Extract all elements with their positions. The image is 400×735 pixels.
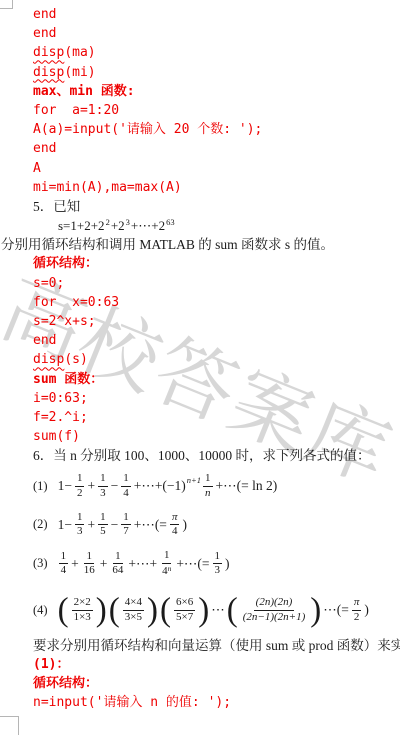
formula-text: +⋯+	[127, 556, 158, 572]
formula-expression-2: 1−13+15−17+⋯(=π4)	[57, 511, 188, 538]
problem5-description: 分别用循环结构和调用 MATLAB 的 sum 函数求 s 的值。	[1, 235, 400, 254]
formula-fraction: 17	[121, 511, 131, 538]
code-line: for x=0:63	[33, 293, 400, 312]
fraction-denominator: 16	[82, 564, 97, 577]
problem5-heading: 5．已知	[33, 197, 400, 216]
formula-text: ⋯(=	[322, 602, 350, 618]
formula-row-2: (2) 1−13+15−17+⋯(=π4)	[33, 507, 400, 543]
fraction-numerator: 1	[162, 549, 172, 563]
formula-text: +	[86, 478, 96, 494]
formula-fraction: 13	[98, 472, 108, 499]
code-label-line: 循环结构：	[33, 674, 400, 693]
formula-fraction: 12	[75, 472, 85, 499]
code-line: end	[33, 5, 400, 24]
problem5-series-formula: s=1+2+22+23+⋯+263	[57, 216, 400, 235]
code-line: disp(ma)	[33, 43, 400, 62]
code-label-line: max、min 函数:	[33, 82, 400, 101]
wavy-underlined-word: disp	[33, 45, 64, 60]
formula-fraction: 14n	[160, 549, 173, 577]
problem6-outro: 要求分别用循环结构和向量运算（使用 sum 或 prod 函数）来实现。	[33, 636, 400, 655]
fraction-numerator: 1	[121, 472, 131, 486]
formula-item-number: (1)	[33, 479, 48, 494]
document-page: 高校答案库 endenddisp(ma)disp(mi)max、min 函数:f…	[0, 0, 400, 735]
formula-fraction: 1n	[203, 472, 213, 499]
formula-text: +	[99, 556, 109, 572]
formula-row-3: (3) 14+116+164+⋯+14n+⋯(=13)	[33, 543, 400, 585]
code-line: mi=min(A),ma=max(A)	[33, 178, 400, 197]
fraction-numerator: π	[170, 511, 180, 525]
formula-text: ⋯	[210, 602, 226, 618]
code-line: end	[33, 139, 400, 158]
formula-expression-3: 14+116+164+⋯+14n+⋯(=13)	[57, 549, 231, 577]
big-paren: )	[197, 593, 210, 627]
formula-fraction: 13	[213, 550, 223, 577]
anchor-box-top	[0, 0, 13, 9]
fraction-denominator: 4	[170, 525, 180, 538]
formula-text: +2	[110, 218, 126, 234]
anchor-box-bottom	[0, 716, 19, 735]
fraction-denominator: 5×7	[174, 611, 195, 624]
code-line: s=2^x+s;	[33, 312, 400, 331]
fraction-numerator: 2×2	[72, 596, 93, 610]
fraction-denominator: (2n−1)(2n+1)	[241, 611, 308, 624]
formula-fraction: (2n)(2n)(2n−1)(2n+1)	[241, 596, 308, 623]
formula-fraction: 2×21×3	[72, 596, 93, 623]
code-block-max-min: endenddisp(ma)disp(mi)max、min 函数:for a=1…	[33, 5, 400, 197]
code-line: sum(f)	[33, 427, 400, 446]
formula-superscript: 63	[166, 217, 175, 227]
formula-text: s=1+2+2	[57, 218, 106, 234]
code-block-answer-1: (1)：循环结构：n=input('请输入 n 的值: ');	[33, 655, 400, 713]
big-paren: )	[146, 593, 159, 627]
formula-text: )	[181, 517, 188, 533]
denominator-superscript: n	[168, 564, 172, 573]
formula-item-number: (3)	[33, 556, 48, 571]
code-line: A	[33, 159, 400, 178]
fraction-numerator: 1	[75, 511, 85, 525]
formula-text: )	[363, 602, 370, 618]
big-paren: (	[159, 593, 172, 627]
code-line: A(a)=input('请输入 20 个数: ');	[33, 120, 400, 139]
formula-fraction: π2	[352, 596, 362, 623]
fraction-numerator: 1	[84, 550, 94, 564]
big-paren: (	[108, 593, 121, 627]
code-label-line: sum 函数：	[33, 370, 400, 389]
code-line: n=input('请输入 n 的值: ');	[33, 693, 400, 712]
fraction-denominator: 3	[75, 525, 85, 538]
code-line: i=0:63;	[33, 389, 400, 408]
code-label-line: 循环结构：	[33, 254, 400, 273]
formula-row-4: (4) (2×21×3)(4×43×5)(6×65×7)⋯((2n)(2n)(2…	[33, 585, 400, 636]
fraction-denominator: 64	[110, 564, 125, 577]
code-label-line: (1)：	[33, 655, 400, 674]
fraction-numerator: 1	[98, 472, 108, 486]
fraction-numerator: 1	[98, 511, 108, 525]
code-line: f=2.^i;	[33, 408, 400, 427]
fraction-numerator: 4×4	[123, 596, 144, 610]
formula-fraction: 164	[110, 550, 125, 577]
fraction-numerator: 1	[75, 472, 85, 486]
big-paren: )	[309, 593, 322, 627]
formula-fraction: 4×43×5	[123, 596, 144, 623]
fraction-denominator: 2	[352, 611, 362, 624]
wavy-underlined-word: disp	[33, 65, 64, 80]
formula-text: −	[110, 517, 120, 533]
formula-text: )	[224, 556, 231, 572]
formula-fraction: π4	[170, 511, 180, 538]
code-line: s=0;	[33, 274, 400, 293]
formula-fraction: 14	[121, 472, 131, 499]
fraction-denominator: 4	[59, 564, 69, 577]
fraction-denominator: 7	[121, 525, 131, 538]
formula-text: 1−	[57, 517, 73, 533]
fraction-numerator: (2n)(2n)	[254, 596, 295, 610]
code-line: disp(s)	[33, 350, 400, 369]
big-paren: (	[226, 593, 239, 627]
formula-text: −	[110, 478, 120, 494]
formula-text: 1−	[57, 478, 73, 494]
formula-fraction: 116	[82, 550, 97, 577]
big-paren: (	[57, 593, 70, 627]
formula-expression-1: 1−12+13−14+⋯+(−1)n+11n+⋯(= ln 2)	[57, 472, 279, 499]
fraction-denominator: 2	[75, 487, 85, 500]
formula-item-number: (2)	[33, 517, 48, 532]
formula-text: +⋯(=	[175, 556, 210, 572]
fraction-denominator: 4	[121, 487, 131, 500]
code-line: end	[33, 24, 400, 43]
formula-text: +⋯+(−1)	[133, 478, 187, 494]
page-content: endenddisp(ma)disp(mi)max、min 函数:for a=1…	[0, 0, 400, 712]
formula-row-1: (1) 1−12+13−14+⋯+(−1)n+11n+⋯(= ln 2)	[33, 466, 400, 507]
formula-fraction: 14	[59, 550, 69, 577]
wavy-underlined-word: disp	[33, 352, 64, 367]
problem6-intro: 6．当 n 分别取 100、1000、10000 时，求下列各式的值：	[33, 446, 400, 465]
formula-superscript: n+1	[187, 475, 201, 485]
big-paren: )	[95, 593, 108, 627]
formula-fraction: 13	[75, 511, 85, 538]
fraction-numerator: 6×6	[174, 596, 195, 610]
fraction-denominator: 3×5	[123, 611, 144, 624]
fraction-numerator: 1	[213, 550, 223, 564]
formula-text: +	[86, 517, 96, 533]
formula-item-number: (4)	[33, 603, 48, 618]
fraction-denominator: 4n	[160, 564, 173, 578]
code-line: disp(mi)	[33, 63, 400, 82]
formula-text: +	[70, 556, 80, 572]
fraction-denominator: 1×3	[72, 611, 93, 624]
fraction-denominator: n	[203, 487, 213, 500]
fraction-numerator: 1	[59, 550, 69, 564]
code-line: end	[33, 331, 400, 350]
fraction-numerator: π	[352, 596, 362, 610]
formula-fraction: 6×65×7	[174, 596, 195, 623]
fraction-denominator: 5	[98, 525, 108, 538]
formula-expression-4: (2×21×3)(4×43×5)(6×65×7)⋯((2n)(2n)(2n−1)…	[57, 594, 370, 627]
fraction-denominator: 3	[213, 564, 223, 577]
formula-text: +⋯+2	[130, 218, 166, 234]
code-line: for a=1:20	[33, 101, 400, 120]
formula-text: +⋯(=	[133, 517, 168, 533]
formula-fraction: 15	[98, 511, 108, 538]
fraction-numerator: 1	[113, 550, 123, 564]
fraction-denominator: 3	[98, 487, 108, 500]
code-block-sum: 循环结构：s=0;for x=0:63s=2^x+s;enddisp(s)sum…	[33, 254, 400, 446]
formula-text: +⋯(= ln 2)	[215, 478, 279, 494]
fraction-numerator: 1	[203, 472, 213, 486]
fraction-numerator: 1	[121, 511, 131, 525]
